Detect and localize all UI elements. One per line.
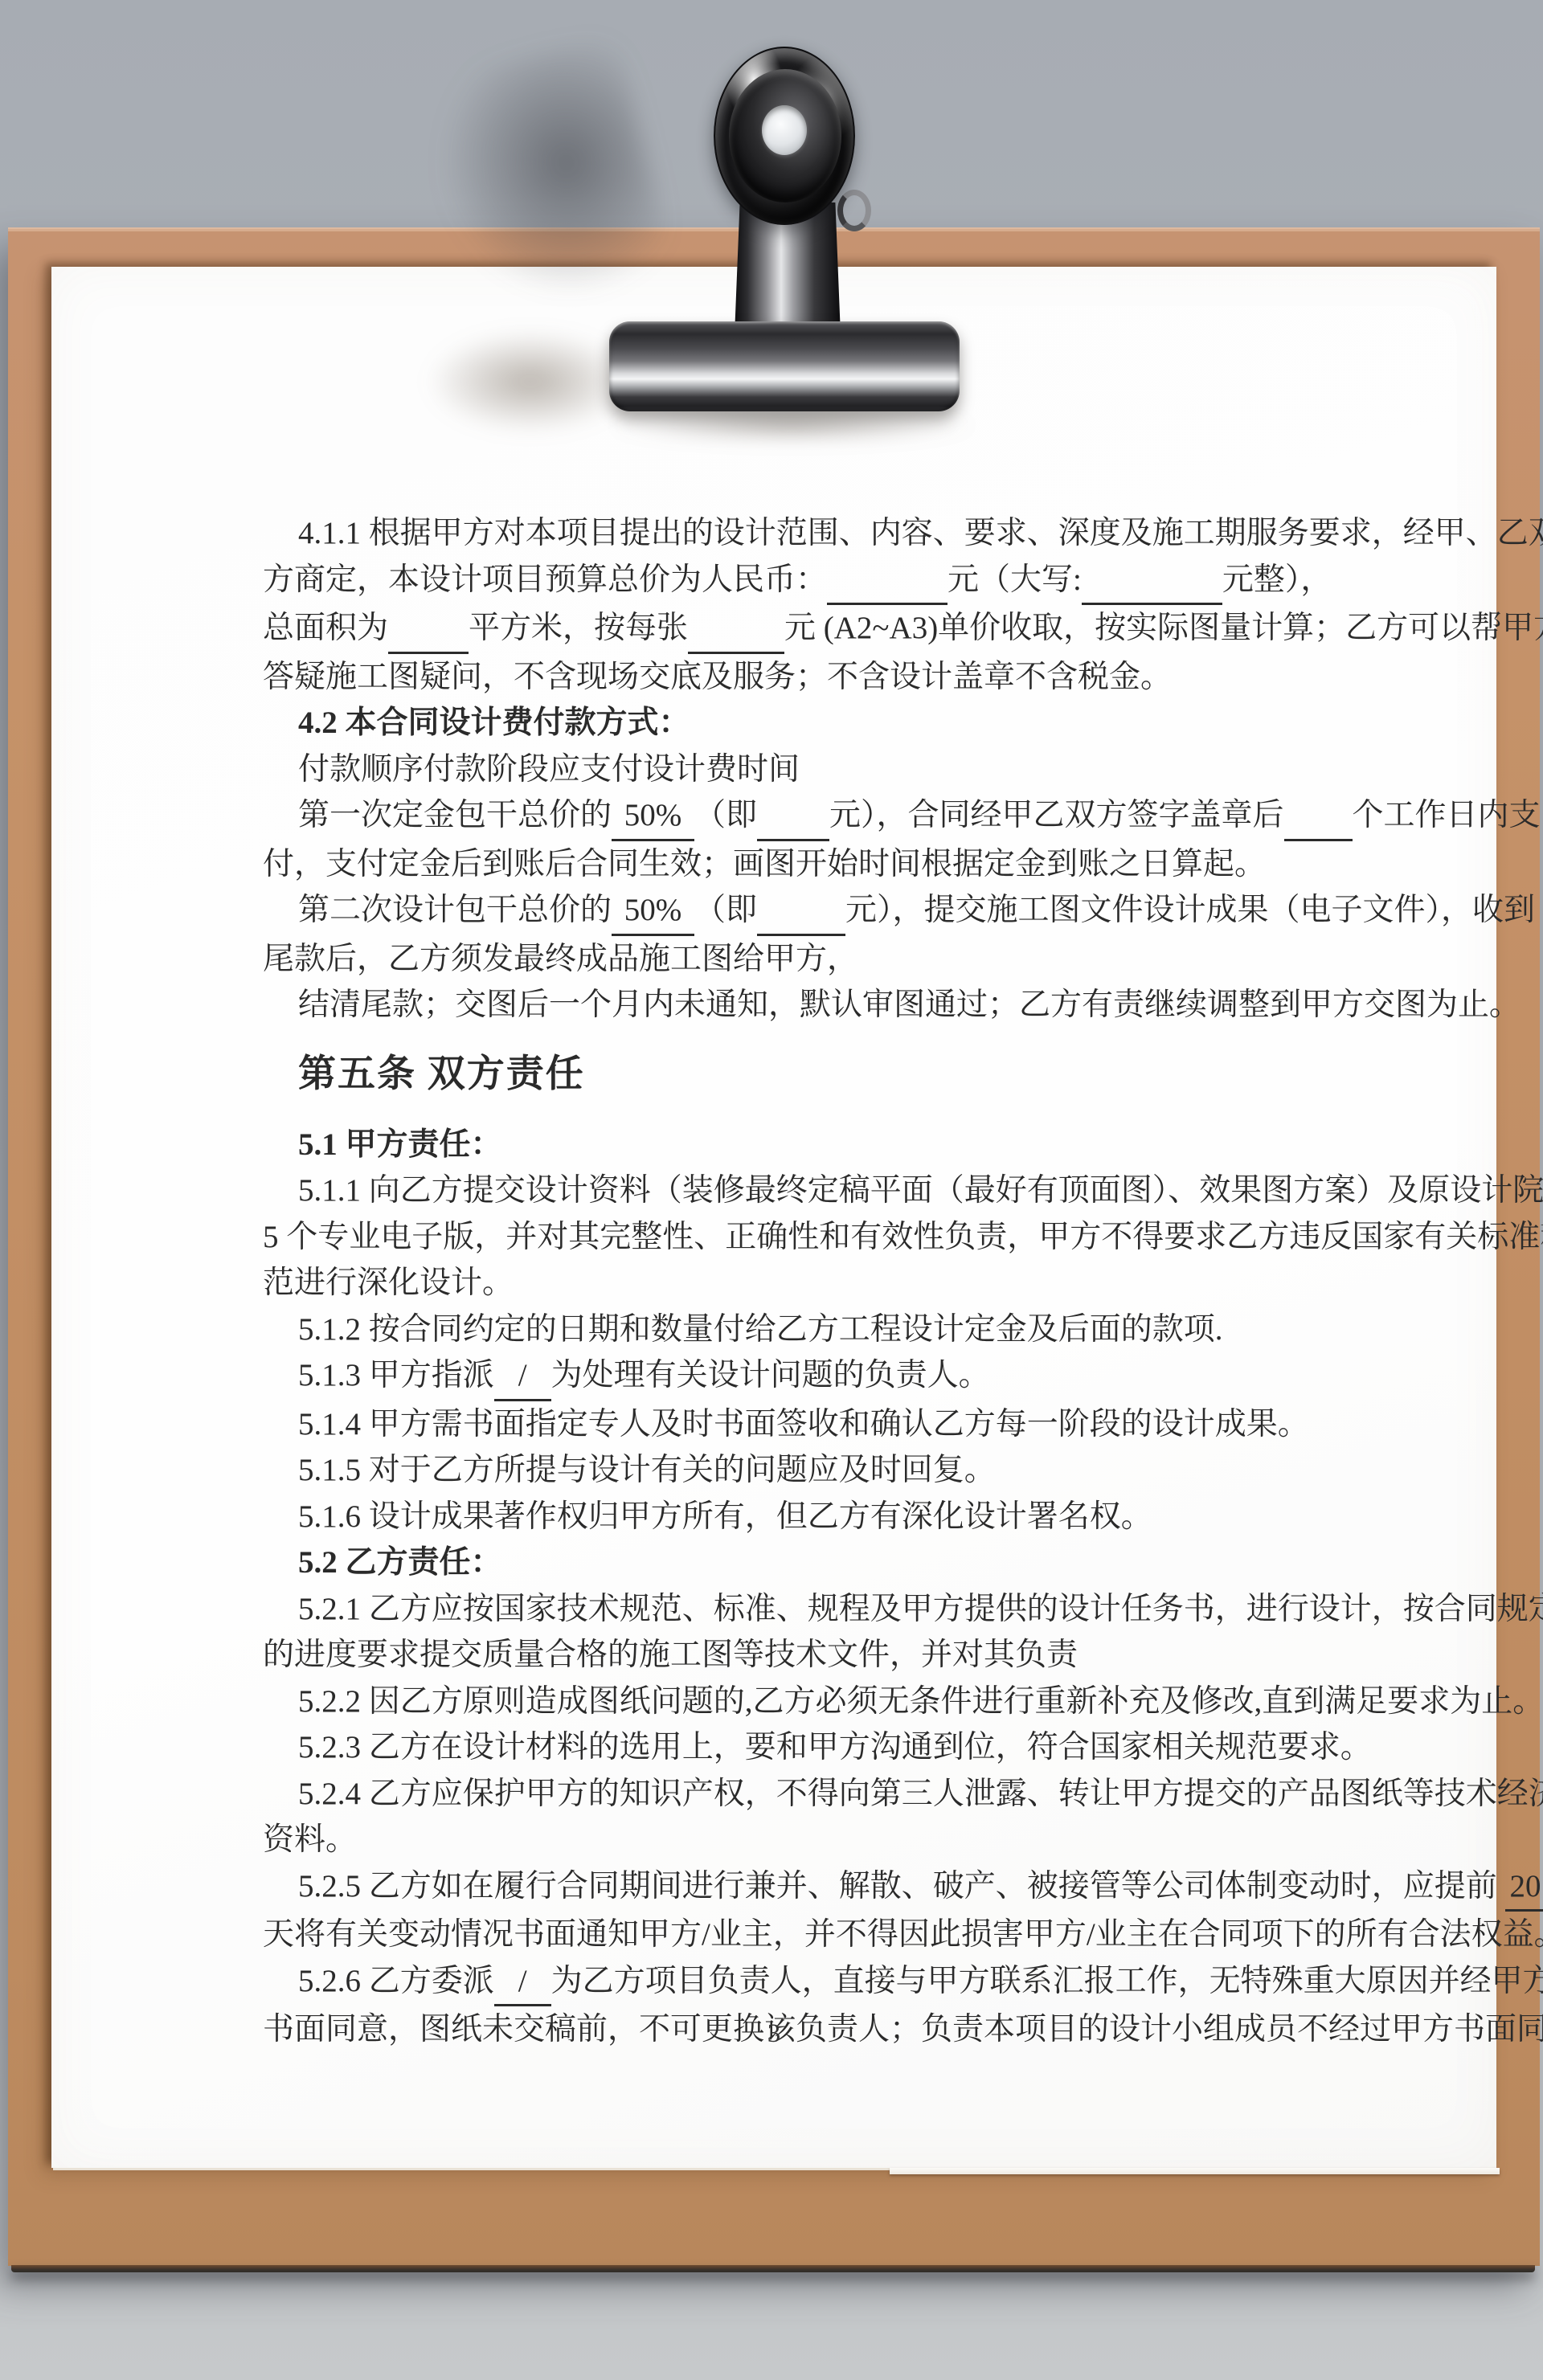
document-line: 5.2.4 乙方应保护甲方的知识产权，不得向第三人泄露、转让甲方提交的产品图纸等… — [263, 1771, 1348, 1818]
blank-field: ​ — [757, 792, 829, 841]
clip-bar-shadow — [426, 329, 635, 434]
text-run: 5.2.4 乙方应保护甲方的知识产权，不得向第三人泄露、转让甲方提交的产品图纸等… — [298, 1777, 1543, 1811]
text-run: 5.2.3 乙方在设计材料的选用上，要和甲方沟通到位，符合国家相关规范要求。 — [298, 1730, 1372, 1765]
document-line: 5.2.3 乙方在设计材料的选用上，要和甲方沟通到位，符合国家相关规范要求。 — [263, 1724, 1348, 1771]
text-run: （即 — [694, 893, 757, 927]
text-run: 第二次设计包干总价的 — [298, 893, 612, 927]
document-line: 5.2.1 乙方应按国家技术规范、标准、规程及甲方提供的设计任务书，进行设计，按… — [263, 1586, 1348, 1633]
page-number: 3 — [51, 2019, 1496, 2049]
text-run: 答疑施工图疑问，不含现场交底及服务；不含设计盖章不含税金。 — [263, 660, 1172, 694]
text-run: 4.2 本合同设计费付款方式： — [298, 705, 690, 740]
text-run: 付，支付定金后到账后合同生效；画图开始时间根据定金到账之日算起。 — [263, 847, 1266, 881]
document-line: 4.2 本合同设计费付款方式： — [263, 700, 1348, 746]
document-line: 5.1 甲方责任： — [263, 1122, 1348, 1168]
underlined-value: 20 — [1505, 1863, 1543, 1912]
text-run: 付款顺序付款阶段应支付设计费时间 — [298, 752, 800, 787]
binder-clip-knob-hole — [762, 105, 807, 155]
text-run: 5.1.1 向乙方提交设计资料（装修最终定稿平面（最好有顶面图）、效果图方案）及… — [298, 1173, 1543, 1208]
text-run: 5.1.6 设计成果著作权归甲方所有，但乙方有深化设计署名权。 — [298, 1499, 1152, 1534]
document-line: 结清尾款；交图后一个月内未通知，默认审图通过；乙方有责继续调整到甲方交图为止。 — [263, 982, 1348, 1028]
document-line: 5.2.5 乙方如在履行合同期间进行兼并、解散、破产、被接管等公司体制变动时，应… — [263, 1863, 1348, 1912]
text-run: 第一次定金包干总价的 — [298, 798, 612, 832]
text-run: 5.1 甲方责任： — [298, 1127, 502, 1162]
binder-clip-knob — [714, 47, 855, 225]
document-line: 5.1.3 甲方指派​/​为处理有关设计问题的负责人。 — [263, 1352, 1348, 1401]
text-run: 5.2 乙方责任： — [298, 1545, 502, 1580]
underlined-value: 50% — [612, 887, 694, 936]
document-line: 范进行深化设计。 — [263, 1260, 1348, 1307]
text-run: 5.2.2 因乙方原则造成图纸问题的,乙方必须无条件进行重新补充及修改,直到满足… — [298, 1684, 1543, 1719]
document-line: 5.1.6 设计成果著作权归甲方所有，但乙方有深化设计署名权。 — [263, 1494, 1348, 1540]
binder-clip-bar — [609, 321, 960, 411]
text-run: 5.2.5 乙方如在履行合同期间进行兼并、解散、破产、被接管等公司体制变动时，应… — [298, 1869, 1505, 1904]
document-line: 付款顺序付款阶段应支付设计费时间 — [263, 746, 1348, 793]
text-run: 的进度要求提交质量合格的施工图等技术文件，并对其负责 — [263, 1638, 1078, 1672]
document-text: 4.1.1 根据甲方对本项目提出的设计范围、内容、要求、深度及施工期服务要求，经… — [263, 510, 1348, 2053]
text-run: 元 (A2~A3)单价收取，按实际图量计算；乙方可以帮甲方 — [784, 611, 1543, 645]
text-run: 5.1.4 甲方需书面指定专人及时书面签收和确认乙方每一阶段的设计成果。 — [298, 1407, 1309, 1441]
document-line: 5.1.5 对于乙方所提与设计有关的问题应及时回复。 — [263, 1447, 1348, 1494]
text-run: 第五条 双方责任 — [298, 1053, 585, 1095]
document-line: 资料。 — [263, 1817, 1348, 1863]
document-line: 天将有关变动情况书面通知甲方/业主，并不得因此损害甲方/业主在合同项下的所有合法… — [263, 1912, 1348, 1958]
text-run: 4.1.1 根据甲方对本项目提出的设计范围、内容、要求、深度及施工期服务要求，经… — [298, 516, 1543, 550]
text-run: 元整）， — [1222, 562, 1332, 597]
underlined-value: / — [514, 1958, 532, 2007]
photo-background: 4.1.1 根据甲方对本项目提出的设计范围、内容、要求、深度及施工期服务要求，经… — [0, 0, 1543, 2380]
text-run: （即 — [694, 798, 757, 832]
clip-under-shadow — [611, 408, 972, 442]
text-run: 5.1.5 对于乙方所提与设计有关的问题应及时回复。 — [298, 1453, 996, 1487]
text-run: 总面积为 — [263, 611, 388, 645]
text-run: 元），提交施工图文件设计成果（电子文件），收到 — [845, 893, 1535, 927]
blank-field: ​ — [1082, 557, 1222, 606]
document-line: 5.2 乙方责任： — [263, 1540, 1348, 1586]
document-line: 4.1.1 根据甲方对本项目提出的设计范围、内容、要求、深度及施工期服务要求，经… — [263, 510, 1348, 557]
text-run: 平方米，按每张 — [469, 611, 688, 645]
text-run: 资料。 — [263, 1822, 357, 1857]
document-line: 第二次设计包干总价的 50% （即​元），提交施工图文件设计成果（电子文件），收… — [263, 887, 1348, 936]
text-run: 范进行深化设计。 — [263, 1266, 514, 1300]
text-run: 5.1.3 甲方指派 — [298, 1358, 494, 1392]
blank-field: ​ — [757, 887, 845, 936]
document-line: 尾款后，乙方须发最终成品施工图给甲方， — [263, 936, 1348, 983]
document-line: 5.1.4 甲方需书面指定专人及时书面签收和确认乙方每一阶段的设计成果。 — [263, 1401, 1348, 1448]
text-run: 为乙方项目负责人，直接与甲方联系汇报工作，无特殊重大原因并经甲方 — [551, 1964, 1543, 1998]
text-run: 为处理有关设计问题的负责人。 — [551, 1358, 990, 1392]
blank-field: ​ — [688, 605, 784, 654]
document-line: 5 个专业电子版，并对其完整性、正确性和有效性负责，甲方不得要求乙方违反国家有关… — [263, 1214, 1348, 1261]
document-line: 5.2.6 乙方委派​/​为乙方项目负责人，直接与甲方联系汇报工作，无特殊重大原… — [263, 1958, 1348, 2007]
document-line: 付，支付定金后到账后合同生效；画图开始时间根据定金到账之日算起。 — [263, 841, 1348, 888]
blank-field: ​ — [1284, 792, 1353, 841]
document-line: 答疑施工图疑问，不含现场交底及服务；不含设计盖章不含税金。 — [263, 654, 1348, 701]
document-lines: 4.1.1 根据甲方对本项目提出的设计范围、内容、要求、深度及施工期服务要求，经… — [263, 510, 1348, 2053]
underlined-value: / — [514, 1352, 532, 1401]
blank-field: ​ — [494, 1958, 514, 2007]
text-run: 天将有关变动情况书面通知甲方/业主，并不得因此损害甲方/业主在合同项下的所有合法… — [263, 1917, 1543, 1952]
document-line: 5.1.2 按合同约定的日期和数量付给乙方工程设计定金及后面的款项. — [263, 1307, 1348, 1353]
document-line: 5.1.1 向乙方提交设计资料（装修最终定稿平面（最好有顶面图）、效果图方案）及… — [263, 1168, 1348, 1214]
blank-field: ​ — [388, 605, 469, 654]
text-run: 5.1.2 按合同约定的日期和数量付给乙方工程设计定金及后面的款项. — [298, 1312, 1223, 1347]
text-run: 方商定，本设计项目预算总价为人民币： — [263, 562, 827, 597]
text-run: 元（大写: — [947, 562, 1082, 597]
document-line: 第一次定金包干总价的 50% （即​元），合同经甲乙双方签字盖章后​个工作日内支 — [263, 792, 1348, 841]
document-line: 5.2.2 因乙方原则造成图纸问题的,乙方必须无条件进行重新补充及修改,直到满足… — [263, 1679, 1348, 1725]
blank-field: ​ — [532, 1958, 551, 2007]
underlined-value: 50% — [612, 792, 694, 841]
paper-sheet: 4.1.1 根据甲方对本项目提出的设计范围、内容、要求、深度及施工期服务要求，经… — [51, 267, 1496, 2168]
section-heading: 第五条 双方责任 — [263, 1049, 1348, 1099]
text-run: 5.2.1 乙方应按国家技术规范、标准、规程及甲方提供的设计任务书，进行设计，按… — [298, 1592, 1543, 1626]
document-line: 的进度要求提交质量合格的施工图等技术文件，并对其负责 — [263, 1632, 1348, 1679]
text-run: 个工作日内支 — [1353, 798, 1541, 832]
binder-clip-lever-icon — [837, 190, 871, 231]
blank-field: ​ — [827, 557, 947, 606]
text-run: 元），合同经甲乙双方签字盖章后 — [829, 798, 1284, 832]
blank-field: ​ — [532, 1352, 551, 1401]
text-run: 5 个专业电子版，并对其完整性、正确性和有效性负责，甲方不得要求乙方违反国家有关… — [263, 1220, 1543, 1254]
text-run: 结清尾款；交图后一个月内未通知，默认审图通过；乙方有责继续调整到甲方交图为止。 — [298, 988, 1520, 1022]
text-run: 5.2.6 乙方委派 — [298, 1964, 494, 1998]
blank-field: ​ — [494, 1352, 514, 1401]
document-line: 方商定，本设计项目预算总价为人民币：​元（大写:​元整）， — [263, 557, 1348, 606]
text-run: 尾款后，乙方须发最终成品施工图给甲方， — [263, 942, 858, 976]
document-line: 总面积为​平方米，按每张​元 (A2~A3)单价收取，按实际图量计算；乙方可以帮… — [263, 605, 1348, 654]
